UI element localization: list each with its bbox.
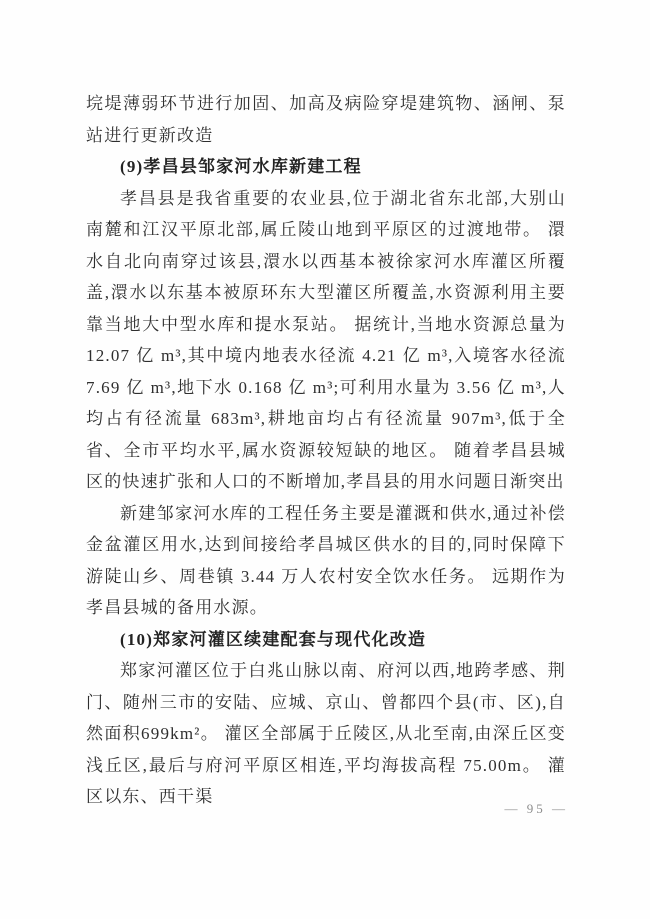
section-heading: (10)郑家河灌区续建配套与现代化改造 <box>86 624 566 656</box>
paragraph: 郑家河灌区位于白兆山脉以南、府河以西,地跨孝感、荆门、随州三市的安陆、应城、京山… <box>86 655 566 813</box>
document-page: 垸堤薄弱环节进行加固、加高及病险穿堤建筑物、涵闸、泵站进行更新改造(9)孝昌县邹… <box>0 0 650 919</box>
paragraph: 新建邹家河水库的工程任务主要是灌溉和供水,通过补偿金盆灌区用水,达到间接给孝昌城… <box>86 498 566 624</box>
page-number: — 95 — <box>505 801 569 817</box>
section-heading: (9)孝昌县邹家河水库新建工程 <box>86 151 566 183</box>
text-content: 垸堤薄弱环节进行加固、加高及病险穿堤建筑物、涵闸、泵站进行更新改造(9)孝昌县邹… <box>86 88 566 813</box>
paragraph: 垸堤薄弱环节进行加固、加高及病险穿堤建筑物、涵闸、泵站进行更新改造 <box>86 88 566 151</box>
paragraph: 孝昌县是我省重要的农业县,位于湖北省东北部,大别山南麓和江汉平原北部,属丘陵山地… <box>86 183 566 498</box>
